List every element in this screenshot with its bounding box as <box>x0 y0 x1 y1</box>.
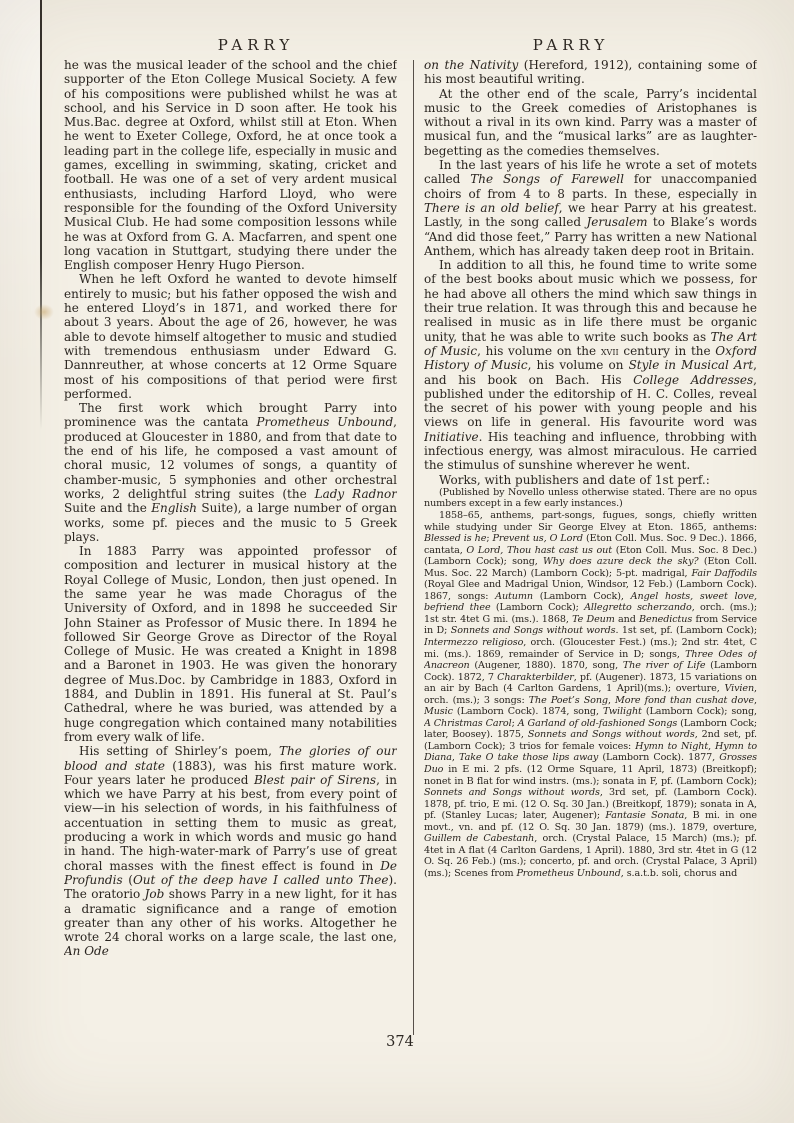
paragraph: In 1883 Parry was appointed professor of… <box>64 544 397 744</box>
paragraph: When he left Oxford he wanted to devote … <box>64 272 397 401</box>
paragraph: he was the musical leader of the school … <box>64 58 397 272</box>
paragraph: In the last years of his life he wrote a… <box>424 158 757 258</box>
page-stain <box>34 304 54 320</box>
column-divider <box>413 60 414 1035</box>
page-number: 374 <box>0 1034 794 1050</box>
paragraph: In addition to all this, he found time t… <box>424 258 757 472</box>
running-head-left: PARRY <box>190 36 322 54</box>
paragraph: The first work which brought Parry into … <box>64 401 397 544</box>
left-column: he was the musical leader of the school … <box>64 58 397 1040</box>
scan-edge-highlight <box>0 0 40 380</box>
right-column: on the Nativity (Hereford, 1912), contai… <box>424 58 757 1040</box>
paragraph: on the Nativity (Hereford, 1912), contai… <box>424 58 757 87</box>
works-note: (Published by Novello unless otherwise s… <box>424 487 757 510</box>
paragraph: His setting of Shirley’s poem, The glori… <box>64 744 397 958</box>
works-list: 1858–65, anthems, part-songs, fugues, so… <box>424 510 757 880</box>
scan-edge-line <box>40 0 42 430</box>
paragraph: At the other end of the scale, Parry’s i… <box>424 87 757 158</box>
works-heading: Works, with publishers and date of 1st p… <box>424 473 757 487</box>
book-page: PARRY PARRY he was the musical leader of… <box>0 0 794 1123</box>
running-head-right: PARRY <box>505 36 637 54</box>
